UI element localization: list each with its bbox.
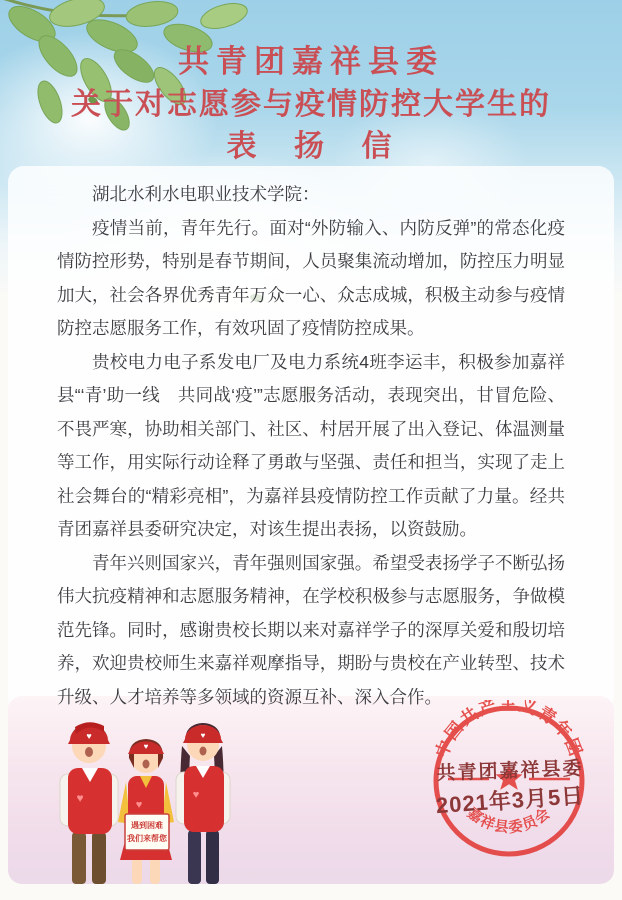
title-subject: 关于对志愿参与疫情防控大学生的 <box>0 84 622 126</box>
sign-text-line2: 我们来帮您 <box>127 833 168 843</box>
sign-text-line1: 遇到困难 <box>131 820 163 830</box>
paragraph-3: 青年兴则国家兴，青年强则国家强。希望受表扬学子不断弘扬伟大抗疫精神和志愿服务精神… <box>57 547 565 715</box>
svg-text:♥: ♥ <box>136 799 143 811</box>
svg-text:中国共产主义青年团: 中国共产主义青年团 <box>431 700 586 760</box>
paragraph-2: 贵校电力电子系发电厂及电力系统4班李运丰，积极参加嘉祥县“‘青’助一线 共同战‘… <box>57 346 565 547</box>
svg-text:♥: ♥ <box>76 791 83 805</box>
title-issuer: 共青团嘉祥县委 <box>0 40 622 84</box>
volunteer-sign-board: 遇到困难 我们来帮您 <box>125 814 169 850</box>
volunteer-girl-sign: ♥ ♥ 遇到困难 我们来帮您 <box>118 739 174 884</box>
title-doc-type: 表 扬 信 <box>0 126 622 168</box>
signature-block: 中国共产主义青年团 嘉祥县委员会 共青团嘉祥县委 2021年3月5日 <box>420 698 600 868</box>
volunteers-illustration: ♥ ♥ ♥ ♥ 遇到困难 我们来帮您 <box>30 712 258 892</box>
letter-body: 湖北水利水电职业技术学院： 疫情当前，青年先行。面对“外防输入、内防反弹”的常态… <box>57 178 565 714</box>
paragraph-1: 疫情当前，青年先行。面对“外防输入、内防反弹”的常态化疫情防控形势，特别是春节期… <box>57 212 565 346</box>
seal-arc-top-text: 中国共产主义青年团 <box>431 700 586 760</box>
svg-text:♥: ♥ <box>86 731 91 741</box>
salutation: 湖北水利水电职业技术学院： <box>57 178 565 212</box>
svg-text:♥: ♥ <box>201 731 206 740</box>
volunteer-male: ♥ ♥ <box>60 722 118 884</box>
letter-title: 共青团嘉祥县委 关于对志愿参与疫情防控大学生的 表 扬 信 <box>0 40 622 168</box>
svg-text:♥: ♥ <box>144 742 149 751</box>
commendation-letter-page: 共青团嘉祥县委 关于对志愿参与疫情防控大学生的 表 扬 信 湖北水利水电职业技术… <box>0 0 622 900</box>
volunteer-female: ♥ ♥ <box>176 723 230 884</box>
svg-text:♥: ♥ <box>193 789 200 801</box>
